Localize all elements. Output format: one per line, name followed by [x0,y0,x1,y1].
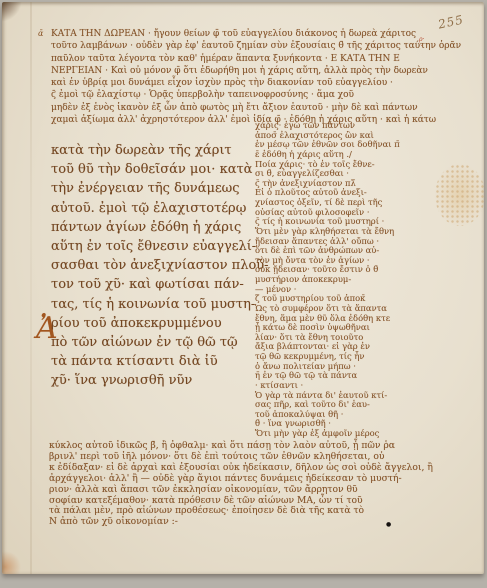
text-line: ϛ̄ ἐμοὶ τῷ ἐλαχίστῳ · Ὁρᾷς ὑπερβολὴν ταπ… [51,89,443,101]
text-line: τὴν ἐνέργειαν τῆς δυνάμεως [51,179,251,198]
text-line: Ὅτι μὴν γὰρ ἐξ ἀμφοῖν μέρος [255,429,441,439]
top-margin-siglum: ᾱ [38,29,43,38]
text-line: ΚΑΤΑ ΤΗΝ ΔΩΡΕΑΝ · ἤγουν θείων φ̄ τοῦ εὐα… [51,28,443,40]
text-line: χῦ· ἵνα γνωρισθῆ νῦν [51,371,251,390]
text-line: ριον· ἀλλὰ καὶ ἅπασι τῶν ἐκκλησίαν οἰκον… [49,485,449,496]
text-line: αὕτη ἐν τοῖς ἔθνεσιν εὐαγγελί- [51,237,251,256]
manuscript-page: 255 ρ· · ᾱ ΚΑΤΑ ΤΗΝ ΔΩΡΕΑΝ · ἤγουν θείων… [2,2,484,574]
ink-dot: ● [386,522,391,528]
page-crease [30,2,32,574]
parchment-stain [435,164,485,226]
text-line: κατὰ τὴν δωρεὰν τῆς χάριτ [51,141,251,160]
text-line: μηδὲν ἐξ ἑνὸς ἱκανὸν ἐξ ὧν ἀπὸ φωτὸς μὴ … [51,102,443,114]
bottom-commentary-block: κύκλος αὐτοῦ ἰδικῶς β̄, ἢ ὀφθαλμ· καὶ ὅτ… [49,441,449,528]
text-line: ΝΕΡΓΕΙΑΝ · Καὶ οὐ μόνον φ̄ ὅτι ἐδωρήθη μ… [51,65,443,77]
text-line: τοῦ θῦ τὴν δοθεῖσάν μοι· κατὰ [51,160,251,179]
text-line: τὰ πάντα κτίσαντι διὰ ἰῦ [51,352,251,371]
right-commentary-column: χάρις· ἐγὼ τῶν πάντωνἀποσ̄ ἐλαχιστότερος… [255,121,441,439]
text-line: καὶ ἐν ὑβρίᾳ μοι δυνάμει εἶχον ἰσχὺν πρὸ… [51,77,443,89]
text-line: πάντων ἁγίων ἐδόθη ἡ χάρις [51,218,251,237]
text-line: αὐτοῦ. ἐμοὶ τῷ ἐλαχιστοτέρῳ [51,199,251,218]
text-line: παῦλον ταῦτα λέγοντα τὸν καθ' ἡμέραν ἅπα… [51,53,443,65]
text-line: τον τοῦ χῦ· καὶ φωτίσαι πάν- [51,275,251,294]
text-line: πὸ τῶν αἰώνων ἐν τῷ θῶ τῷ [51,333,251,352]
text-line: ρίου τοῦ ἀποκεκρυμμένου [51,314,251,333]
top-commentary-block: ΚΑΤΑ ΤΗΝ ΔΩΡΕΑΝ · ἤγουν θείων φ̄ τοῦ εὐα… [51,28,443,126]
text-line: τας, τίς ἡ κοινωνία τοῦ μυστη- [51,295,251,314]
main-text-column: κατὰ τὴν δωρεὰν τῆς χάριττοῦ θῦ τὴν δοθε… [51,141,251,391]
text-line: ἀρχάγγελοι· ἀλλ' ἢ — οὐδὲ γὰρ ἅγιοι πάντ… [49,474,449,485]
text-line: τοῦτο λαμβάνων · οὐδὲν γὰρ ἐφ' ἑαυτοῦ ζη… [51,40,443,52]
text-line: σασθαι τὸν ἀνεξιχνίαστον πλοῦ- [51,256,251,275]
manuscript-photo: { "folio_number": "255", "margin_marks":… [0,0,487,588]
